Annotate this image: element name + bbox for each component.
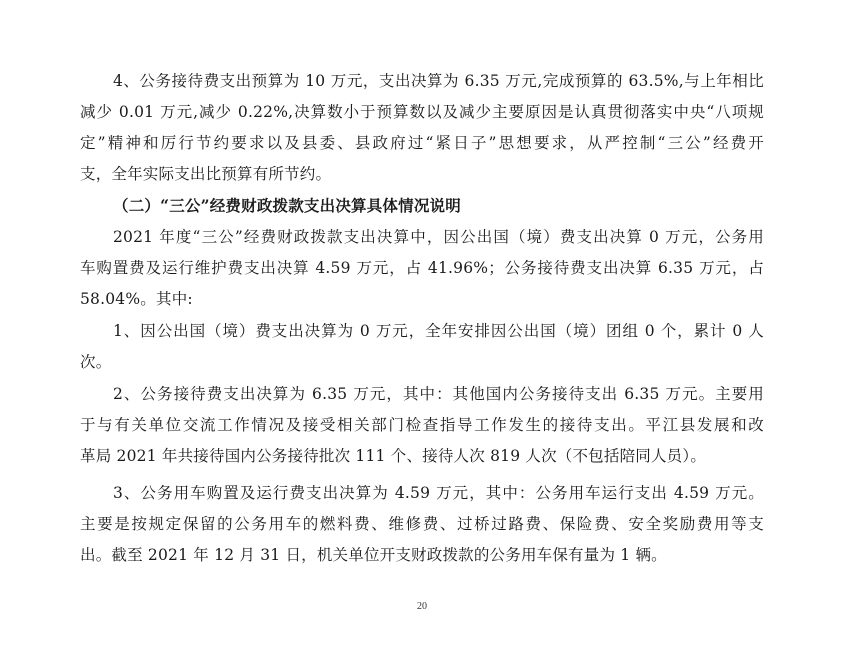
item-3-line-3: 出。截至 2021 年 12 月 31 日，机关单位开支财政拨款的公务用车保有量… (80, 545, 764, 565)
summary-line-3: 58.04%。其中: (80, 289, 764, 309)
document-page: 4、公务接待费支出预算为 10 万元，支出决算为 6.35 万元,完成预算的 6… (0, 0, 844, 652)
paragraph-4-line-2: 减少 0.01 万元,减少 0.22%,决算数小于预算数以及减少主要原因是认真贯… (80, 102, 764, 122)
summary-line-1: 2021 年度“三公”经费财政拨款支出决算中，因公出国（境）费支出决算 0 万元… (113, 227, 764, 247)
page-number: 20 (0, 601, 844, 612)
paragraph-4-line-4: 支，全年实际支出比预算有所节约。 (80, 164, 764, 184)
item-2-line-3: 革局 2021 年共接待国内公务接待批次 111 个、接待人次 819 人次（不… (80, 446, 764, 466)
summary-line-2: 车购置费及运行维护费支出决算 4.59 万元，占 41.96%；公务接待费支出决… (80, 258, 764, 278)
item-2-line-2: 于与有关单位交流工作情况及接受相关部门检查指导工作发生的接待支出。平江县发展和改 (80, 415, 764, 435)
item-3-line-1: 3、公务用车购置及运行费支出决算为 4.59 万元，其中：公务用车运行支出 4.… (113, 483, 764, 503)
paragraph-4-line-1: 4、公务接待费支出预算为 10 万元，支出决算为 6.35 万元,完成预算的 6… (113, 71, 764, 91)
paragraph-4-line-3: 定”精神和厉行节约要求以及县委、县政府过“紧日子”思想要求，从严控制“三公”经费… (80, 133, 764, 153)
item-3-line-2: 主要是按规定保留的公务用车的燃料费、维修费、过桥过路费、保险费、安全奖励费用等支 (80, 514, 764, 534)
section-heading: （二）“三公”经费财政拨款支出决算具体情况说明 (113, 196, 764, 216)
item-1-line-1: 1、因公出国（境）费支出决算为 0 万元，全年安排因公出国（境）团组 0 个，累… (113, 321, 764, 341)
item-2-line-1: 2、公务接待费支出决算为 6.35 万元，其中：其他国内公务接待支出 6.35 … (113, 384, 764, 404)
item-1-line-2: 次。 (80, 352, 764, 372)
